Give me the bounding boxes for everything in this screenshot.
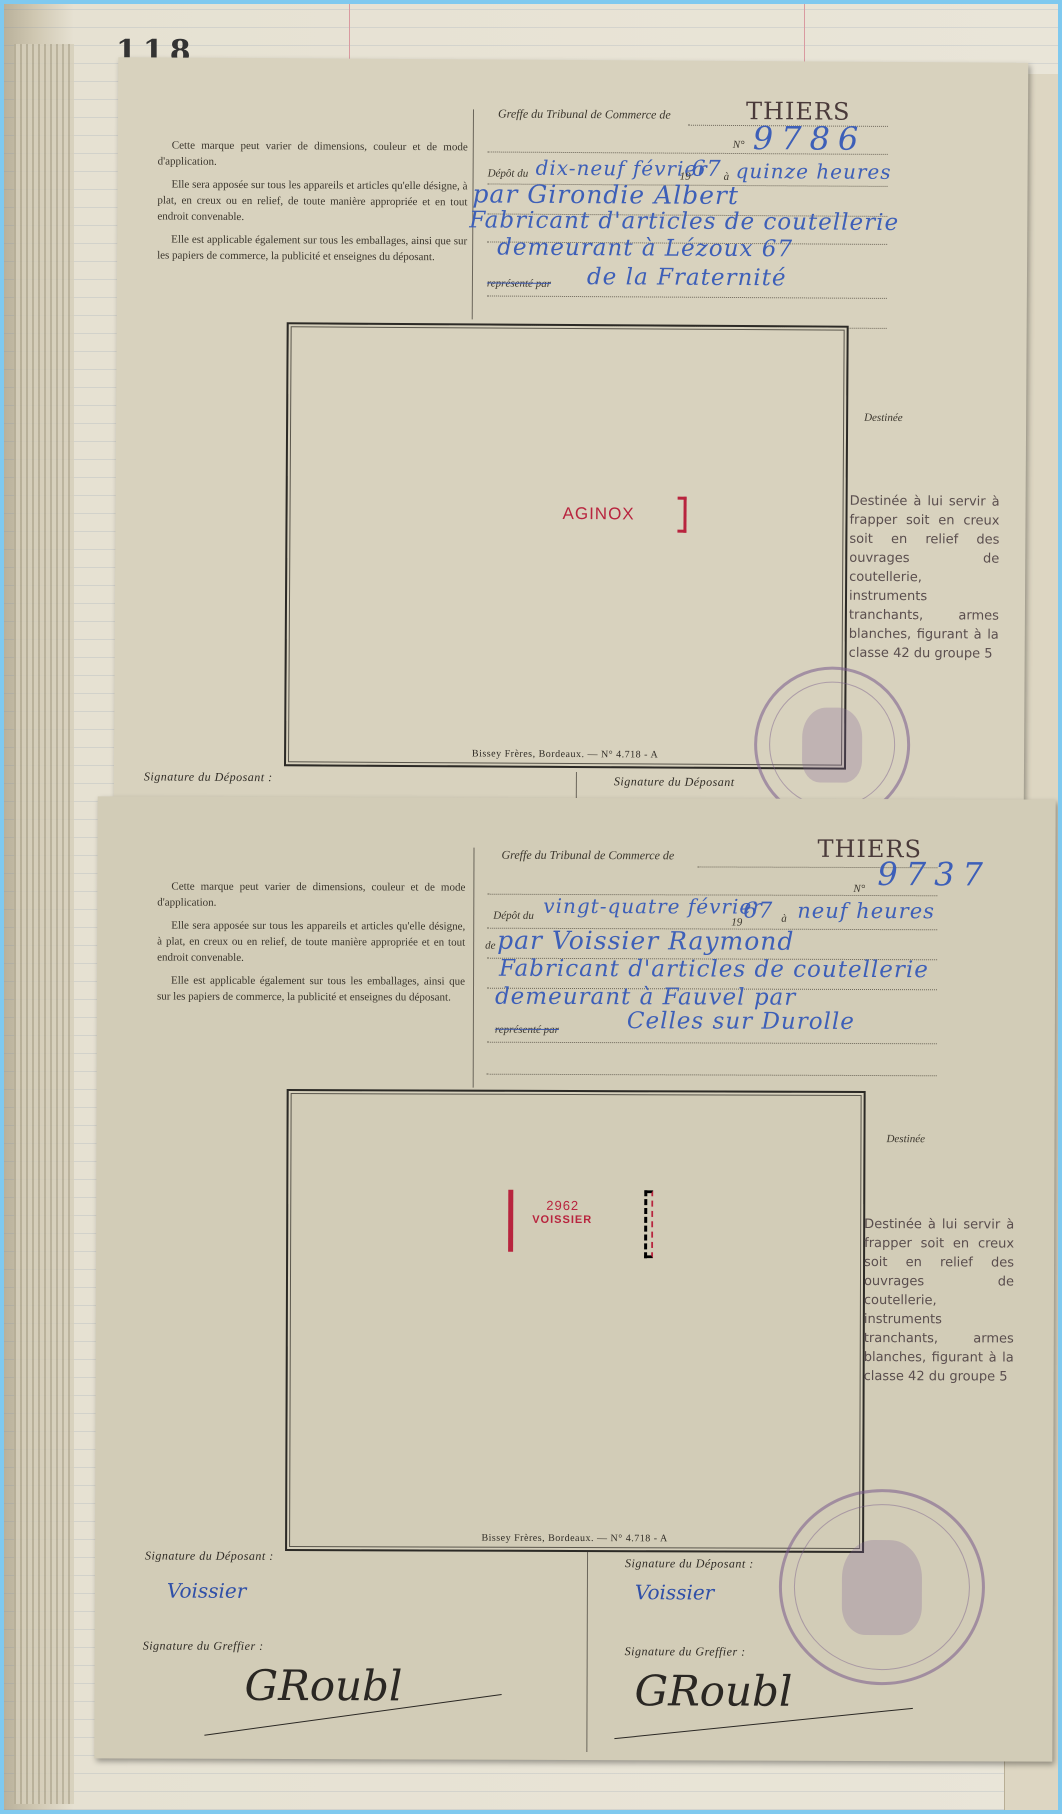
number-label: N° [853, 883, 865, 895]
instruction-3: Elle est applicable également sur tous l… [157, 231, 467, 265]
signature-depositor-label: Signature du Déposant : [144, 769, 273, 785]
trademark-form-9786: Cette marque peut varier de dimensions, … [114, 57, 1029, 818]
destinee-text: Destinée à lui servir à frapper soit en … [864, 1215, 1015, 1387]
column-divider [473, 848, 475, 1088]
handwritten-address-2: de la Fraternité [587, 264, 787, 291]
destinee-label: Destinée [886, 1133, 925, 1145]
a-label: à [781, 913, 787, 925]
handwritten-profession: Fabricant d'articles de coutellerie [469, 207, 899, 236]
photo-frame: 118 Cette marque peut varier de dimensio… [4, 4, 1058, 1810]
registry-label: Greffe du Tribunal de Commerce de [501, 848, 674, 864]
instruction-2: Elle sera apposée sur tous les appareils… [157, 918, 465, 967]
depot-label: Dépôt du [493, 910, 534, 922]
stamp-bracket-right [644, 1190, 653, 1258]
column-divider [586, 1552, 588, 1752]
handwritten-depositor: par Girondie Albert [472, 179, 739, 210]
represente-label: représenté par [487, 277, 551, 289]
de-label: de [485, 940, 495, 952]
deposit-number: 9786 [753, 119, 867, 158]
number-label: N° [733, 139, 745, 151]
trademark-box: AGINOX Bissey Frères, Bordeaux. — N° 4.7… [284, 322, 849, 769]
instruction-1: Cette marque peut varier de dimensions, … [157, 879, 465, 912]
destinee-text: Destinée à lui servir à frapper soit en … [849, 492, 1000, 664]
deposit-number: 9737 [877, 855, 991, 893]
field-line [487, 1074, 937, 1077]
handwritten-depositor: par Voissier Raymond [497, 926, 794, 956]
registry-label: Greffe du Tribunal de Commerce de [498, 107, 671, 123]
trademark-form-9737: Cette marque peut varier de dimensions, … [94, 796, 1055, 1761]
handwritten-year: 67 [743, 899, 773, 924]
printer-imprint: Bissey Frères, Bordeaux. — N° 4.718 - A [287, 1532, 862, 1545]
signature-registrar: GRoubl [244, 1661, 402, 1711]
handwritten-year: 67 [692, 157, 722, 182]
trademark-box: 2962 VOISSIER Bissey Frères, Bordeaux. —… [285, 1089, 866, 1553]
handwritten-time: neuf heures [797, 899, 935, 923]
signature-depositor-right: Voissier [635, 1580, 714, 1604]
stamp-bracket-left [508, 1190, 523, 1252]
trademark-voissier: VOISSIER [532, 1214, 592, 1226]
field-line [487, 295, 887, 298]
signature-registrar-right: GRoubl [634, 1666, 792, 1716]
handwritten-profession: Fabricant d'articles de coutellerie [499, 956, 929, 984]
trademark-number: 2962 [546, 1198, 579, 1213]
represente-label: représenté par [495, 1024, 559, 1036]
signature-depositor: Voissier [167, 1579, 246, 1603]
handwritten-date: vingt-quatre février [543, 894, 763, 919]
tribunal-seal [779, 1489, 986, 1686]
book-page-edges [14, 44, 74, 1804]
stamp-bracket [677, 497, 686, 533]
signature-registrar-label: Signature du Greffier : [143, 1638, 264, 1653]
handwritten-address-2: Celles sur Durolle [627, 1008, 855, 1035]
seal-emblem-icon [802, 707, 862, 782]
field-line [487, 1042, 937, 1045]
instructions-block: Cette marque peut varier de dimensions, … [157, 879, 465, 1013]
signature-registrar-label-right: Signature du Greffier : [625, 1644, 746, 1659]
depot-label: Dépôt du [488, 167, 529, 179]
instruction-3: Elle est applicable également sur tous l… [157, 973, 465, 1006]
handwritten-address: demeurant à Fauvel par [495, 984, 796, 1011]
instruction-1: Cette marque peut varier de dimensions, … [158, 137, 468, 171]
seal-emblem-icon [842, 1539, 922, 1634]
instructions-block: Cette marque peut varier de dimensions, … [157, 137, 468, 272]
handwritten-time: quinze heures [736, 159, 892, 184]
signature-depositor-label: Signature du Déposant : [145, 1549, 274, 1564]
signature-depositor-label-right: Signature du Déposant [614, 774, 735, 790]
instruction-2: Elle sera apposée sur tous les appareils… [157, 176, 467, 226]
handwritten-address: demeurant à Lézoux 67 [497, 235, 793, 263]
destinee-label: Destinée [864, 412, 903, 424]
signature-depositor-label-right: Signature du Déposant : [625, 1556, 754, 1571]
trademark-aginox: AGINOX [562, 504, 634, 524]
